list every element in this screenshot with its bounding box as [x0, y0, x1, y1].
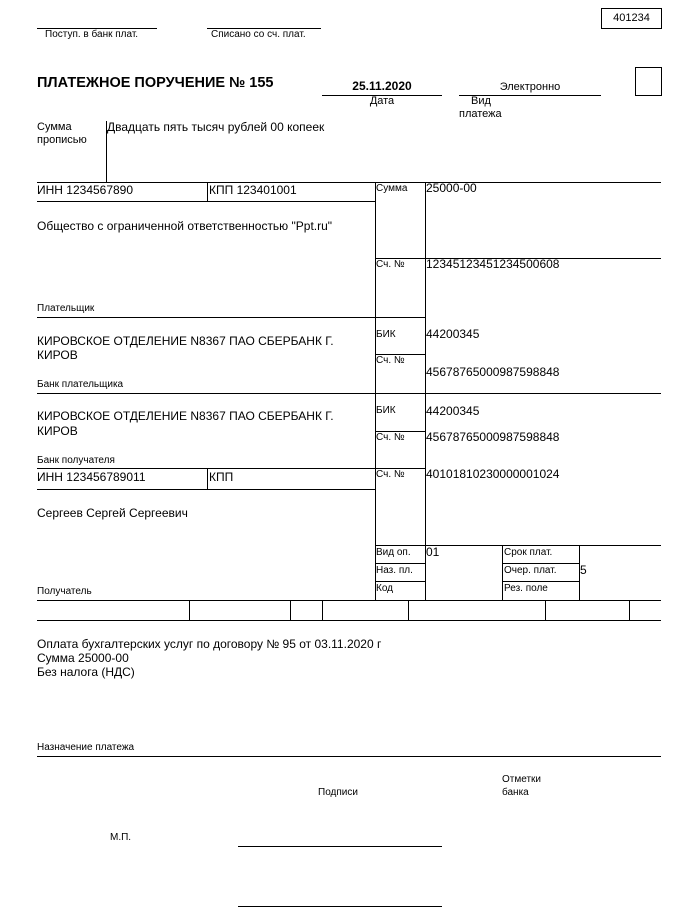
- recipient-bank-account-value: 45678765000987598848: [426, 430, 559, 444]
- payer-name: Общество с ограниченной ответственностью…: [37, 219, 332, 233]
- priority-value: 5: [580, 563, 587, 577]
- row-line-operation-2: [375, 563, 425, 564]
- payer-bank-name-1: КИРОВСКОЕ ОТДЕЛЕНИЕ N8367 ПАО СБЕРБАНК Г…: [37, 334, 334, 348]
- bank-marks-label-1: Отметки: [502, 774, 541, 785]
- row-line-payer-bottom: [37, 317, 425, 318]
- row-line-recipient-top: [37, 468, 425, 469]
- tax-cell-divider-5: [545, 600, 546, 620]
- row-line-tax-top: [37, 600, 661, 601]
- payer-bank-bik-label: БИК: [376, 329, 396, 340]
- debited-label: Списано со сч. плат.: [211, 29, 306, 40]
- purpose-code-label: Наз. пл.: [376, 565, 413, 576]
- col-line-labels-right: [425, 182, 426, 600]
- purpose-line: [37, 756, 661, 757]
- signatures-label: Подписи: [318, 787, 358, 798]
- date-label: Дата: [322, 95, 442, 107]
- tax-cell-divider-6: [629, 600, 630, 620]
- col-line-labels-left: [375, 182, 376, 600]
- form-code: 401234: [613, 12, 650, 24]
- signature-line-2: [238, 906, 442, 907]
- recipient-bank-label: Банк получателя: [37, 455, 115, 466]
- code-label: Код: [376, 583, 393, 594]
- recipient-name: Сергеев Сергей Сергеевич: [37, 506, 188, 520]
- form-code-box: 401234: [601, 8, 662, 29]
- recipient-account-value: 40101810230000001024: [426, 467, 559, 481]
- recipient-kpp-divider: [207, 468, 208, 489]
- purpose-line-1: Оплата бухгалтерских услуг по договору №…: [37, 637, 381, 651]
- received-label: Поступ. в банк плат.: [45, 29, 138, 40]
- recipient-inn: ИНН 123456789011: [37, 470, 146, 484]
- purpose-label: Назначение платежа: [37, 742, 134, 753]
- payer-bank-account-value: 45678765000987598848: [426, 365, 559, 379]
- op-type-label: Вид оп.: [376, 547, 411, 558]
- date-value: 25.11.2020: [322, 79, 442, 93]
- row-line-operation-2b: [502, 563, 579, 564]
- signature-line-1: [238, 846, 442, 847]
- reserve-label: Рез. поле: [504, 583, 548, 594]
- purpose-line-3: Без налога (НДС): [37, 665, 135, 679]
- priority-label: Очер. плат.: [504, 565, 557, 576]
- due-label: Срок плат.: [504, 547, 552, 558]
- row-line-tax-bottom: [37, 620, 661, 621]
- amount-value: 25000-00: [426, 181, 477, 195]
- payer-account-value: 12345123451234500608: [426, 257, 559, 271]
- page-title: ПЛАТЕЖНОЕ ПОРУЧЕНИЕ № 155: [37, 75, 273, 91]
- tax-cell-divider-1: [189, 600, 190, 620]
- recipient-bank-name-1: КИРОВСКОЕ ОТДЕЛЕНИЕ N8367 ПАО СБЕРБАНК Г…: [37, 409, 334, 423]
- recipient-bank-bik-value: 44200345: [426, 404, 479, 418]
- payment-type-label-2: платежа: [459, 108, 502, 120]
- tax-cell-divider-3: [322, 600, 323, 620]
- recipient-label: Получатель: [37, 586, 92, 597]
- op-type-value: 01: [426, 545, 439, 559]
- status-box: [635, 67, 662, 96]
- col-line-due-left: [502, 545, 503, 600]
- tax-cell-divider-4: [408, 600, 409, 620]
- bank-marks-label-2: банка: [502, 787, 529, 798]
- payer-inn: ИНН 1234567890: [37, 183, 133, 197]
- payer-bank-label: Банк плательщика: [37, 379, 123, 390]
- amount-words-value: Двадцать пять тысяч рублей 00 копеек: [107, 120, 324, 134]
- payer-kpp-divider: [207, 182, 208, 201]
- row-line-recipient-inn-bottom: [37, 489, 375, 490]
- stamp-label: М.П.: [110, 832, 131, 843]
- amount-label: Сумма: [376, 183, 407, 194]
- payer-label: Плательщик: [37, 303, 94, 314]
- amount-words-label-1: Сумма: [37, 121, 72, 133]
- recipient-bank-name-2: КИРОВ: [37, 424, 78, 438]
- payment-type-label-1: Вид: [471, 95, 491, 107]
- payer-account-label: Сч. №: [376, 259, 405, 270]
- payer-bank-account-label: Сч. №: [376, 355, 405, 366]
- tax-cell-divider-2: [290, 600, 291, 620]
- recipient-kpp: КПП: [209, 470, 233, 484]
- amount-words-label-2: прописью: [37, 134, 87, 146]
- row-line-operation-top: [375, 545, 661, 546]
- recipient-account-label: Сч. №: [376, 469, 405, 480]
- row-line-inn-bottom: [37, 201, 375, 202]
- row-line-operation-3: [375, 581, 425, 582]
- row-line-payer-bank-bottom: [37, 393, 661, 394]
- payer-bank-bik-value: 44200345: [426, 327, 479, 341]
- recipient-bank-bik-label: БИК: [376, 405, 396, 416]
- purpose-line-2: Сумма 25000-00: [37, 651, 129, 665]
- row-line-operation-3b: [502, 581, 579, 582]
- payer-kpp: КПП 123401001: [209, 183, 297, 197]
- payment-type-value: Электронно: [459, 81, 601, 93]
- recipient-bank-account-label: Сч. №: [376, 432, 405, 443]
- payer-bank-name-2: КИРОВ: [37, 348, 78, 362]
